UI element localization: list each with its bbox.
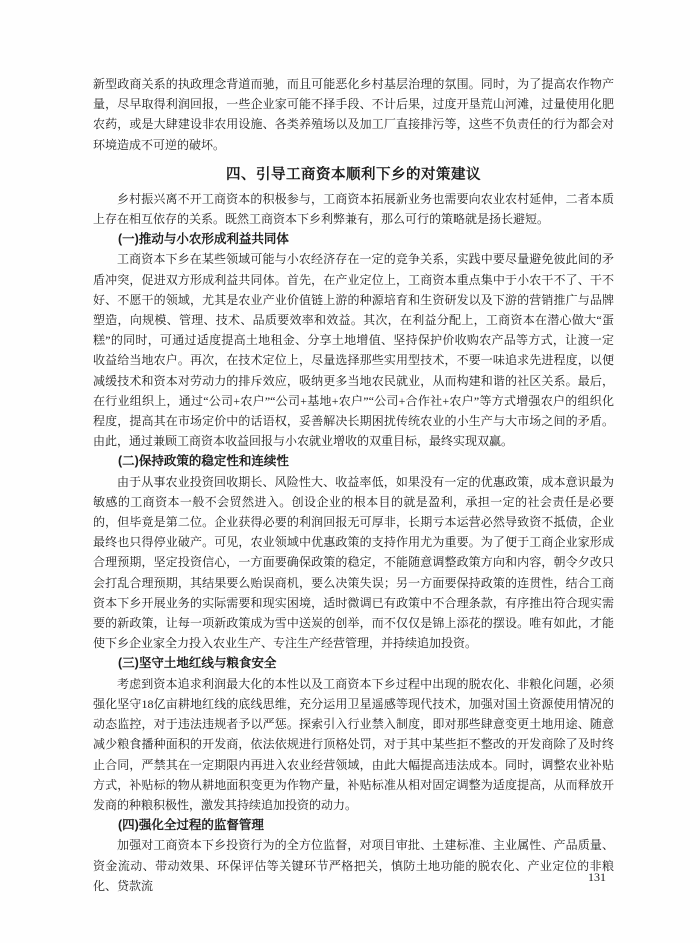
subsection-3-body: 考虑到资本追求利润最大化的本性以及工商资本下乡过程中出现的脱农化、非粮化问题，必… xyxy=(93,674,614,815)
subsection-1-heading: (一)推动与小农形成利益共同体 xyxy=(93,229,614,249)
subsection-4-heading: (四)强化全过程的监督管理 xyxy=(93,815,614,835)
subsection-1-body: 工商资本下乡在某些领域可能与小农经济存在一定的竞争关系，实践中要尽量避免彼此间的… xyxy=(93,249,614,451)
subsection-3-heading: (三)坚守土地红线与粮食安全 xyxy=(93,653,614,673)
text-block: 新型政商关系的执政理念背道而驰，而且可能恶化乡村基层治理的氛围。同时，为了提高农… xyxy=(93,74,614,896)
section-heading: 四、引导工商资本顺利下乡的对策建议 xyxy=(93,164,614,186)
subsection-4-body: 加强对工商资本下乡投资行为的全方位监督，对项目审批、土建标准、主业属性、产品质量… xyxy=(93,835,614,896)
page-number: 131 xyxy=(93,870,606,885)
subsection-2-body: 由于从事农业投资回收期长、风险性大、收益率低，如果没有一定的优惠政策，成本意识最… xyxy=(93,472,614,654)
section-intro-paragraph: 乡村振兴离不开工商资本的积极参与，工商资本拓展新业务也需要向农业农村延伸，二者本… xyxy=(93,189,614,229)
continuation-paragraph: 新型政商关系的执政理念背道而驰，而且可能恶化乡村基层治理的氛围。同时，为了提高农… xyxy=(93,74,614,155)
document-page: 新型政商关系的执政理念背道而驰，而且可能恶化乡村基层治理的氛围。同时，为了提高农… xyxy=(0,0,700,943)
subsection-2-heading: (二)保持政策的稳定性和连续性 xyxy=(93,451,614,471)
